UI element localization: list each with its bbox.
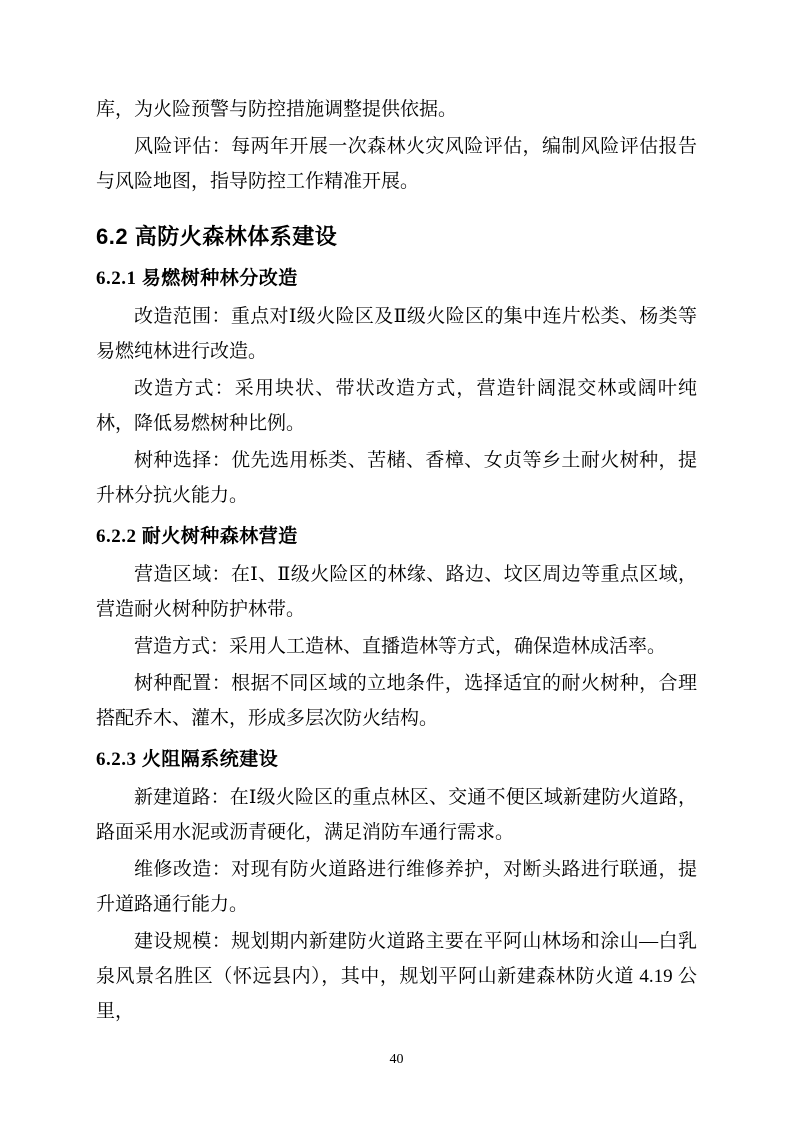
subsection-heading: 6.2.1 易燃树种林分改造 — [96, 262, 697, 295]
paragraph: 营造区域：在Ⅰ、Ⅱ级火险区的林缘、路边、坟区周边等重点区域，营造耐火树种防护林带… — [96, 557, 697, 627]
paragraph: 风险评估：每两年开展一次森林火灾风险评估，编制风险评估报告与风险地图，指导防控工… — [96, 129, 697, 199]
paragraph: 维修改造：对现有防火道路进行维修养护，对断头路进行联通，提升道路通行能力。 — [96, 852, 697, 922]
paragraph: 树种选择：优先选用栎类、苦槠、香樟、女贞等乡土耐火树种，提升林分抗火能力。 — [96, 443, 697, 513]
paragraph-continued: 库，为火险预警与防控措施调整提供依据。 — [96, 92, 697, 127]
document-content: 库，为火险预警与防控措施调整提供依据。风险评估：每两年开展一次森林火灾风险评估，… — [96, 92, 697, 1031]
page-number: 40 — [0, 1050, 793, 1070]
section-heading: 6.2 高防火森林体系建设 — [96, 219, 697, 255]
paragraph: 树种配置：根据不同区域的立地条件，选择适宜的耐火树种，合理搭配乔木、灌木，形成多… — [96, 666, 697, 736]
document-page: 库，为火险预警与防控措施调整提供依据。风险评估：每两年开展一次森林火灾风险评估，… — [0, 0, 793, 1122]
paragraph: 建设规模：规划期内新建防火道路主要在平阿山林场和涂山—白乳泉风景名胜区（怀远县内… — [96, 924, 697, 1029]
paragraph: 改造方式：采用块状、带状改造方式，营造针阔混交林或阔叶纯林，降低易燃树种比例。 — [96, 371, 697, 441]
paragraph: 新建道路：在Ⅰ级火险区的重点林区、交通不便区域新建防火道路，路面采用水泥或沥青硬… — [96, 780, 697, 850]
paragraph: 改造范围：重点对Ⅰ级火险区及Ⅱ级火险区的集中连片松类、杨类等易燃纯林进行改造。 — [96, 299, 697, 369]
subsection-heading: 6.2.3 火阻隔系统建设 — [96, 743, 697, 776]
paragraph: 营造方式：采用人工造林、直播造林等方式，确保造林成活率。 — [96, 629, 697, 664]
subsection-heading: 6.2.2 耐火树种森林营造 — [96, 520, 697, 553]
